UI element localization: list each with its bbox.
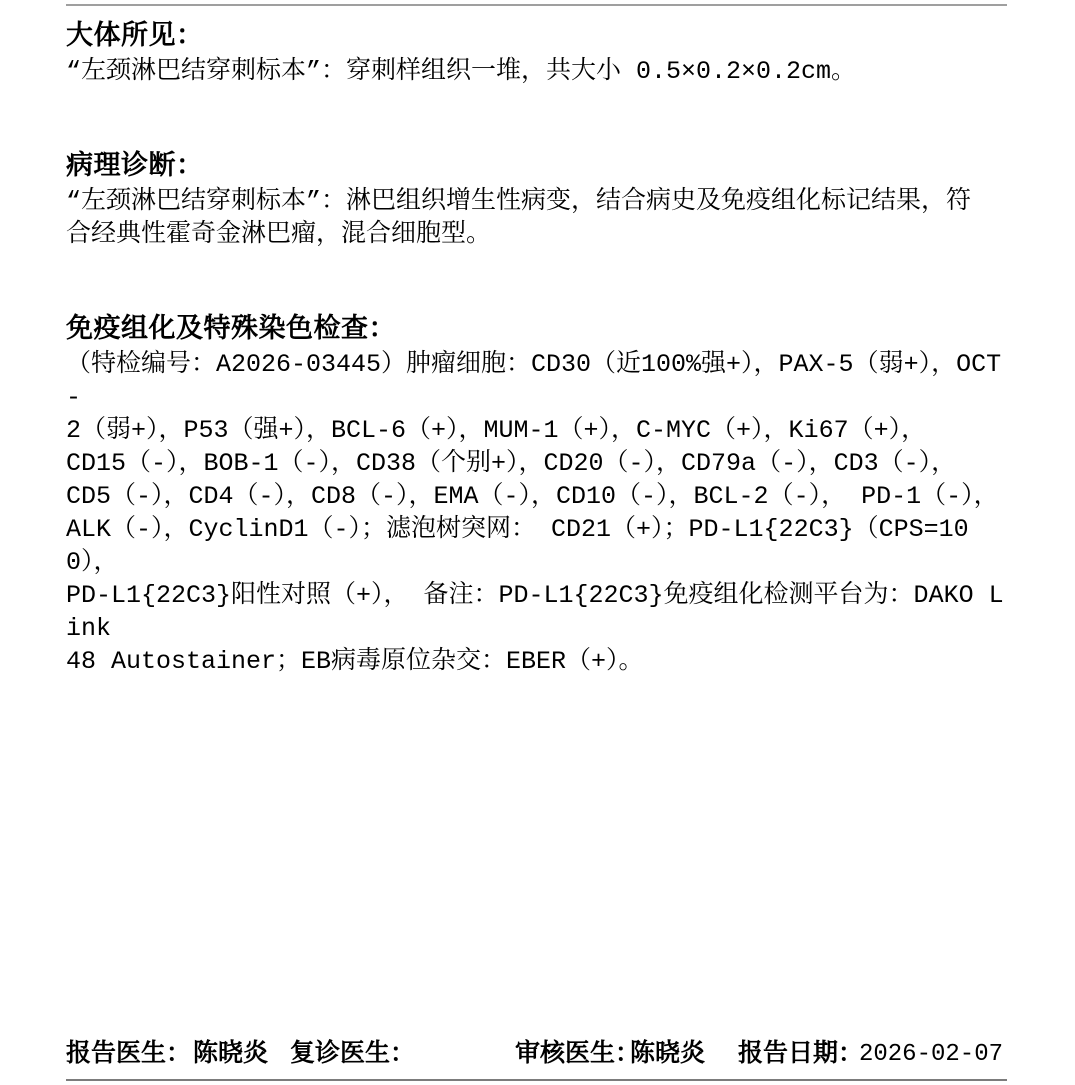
report-date-value: 2026-02-07 <box>859 1038 1003 1071</box>
report-doctor-name: 陈晓炎 <box>193 1038 268 1071</box>
audit-doctor-label: 审核医生： <box>515 1038 640 1071</box>
report-doctor-label: 报告医生： <box>66 1038 191 1071</box>
bottom-divider <box>66 1079 1007 1081</box>
gross-findings-heading: 大体所见： <box>66 22 1007 55</box>
gross-findings-section: 大体所见： “左颈淋巴结穿刺标本”：穿刺样组织一堆，共大小 0.5×0.2×0.… <box>66 22 1007 88</box>
pathologic-diagnosis-section: 病理诊断： “左颈淋巴结穿刺标本”：淋巴组织增生性病变，结合病史及免疫组化标记结… <box>66 152 1007 251</box>
pathologic-diagnosis-heading: 病理诊断： <box>66 152 1007 185</box>
review-doctor-label: 复诊医生： <box>290 1038 415 1071</box>
report-footer: 报告医生： 陈晓炎 复诊医生： 审核医生： 陈晓炎 报告日期： 2026-02-… <box>0 1038 1075 1074</box>
ihc-special-stain-heading: 免疫组化及特殊染色检查： <box>66 315 1007 348</box>
report-content: 大体所见： “左颈淋巴结穿刺标本”：穿刺样组织一堆，共大小 0.5×0.2×0.… <box>66 6 1007 678</box>
report-date-label: 报告日期： <box>738 1038 863 1071</box>
ihc-special-stain-body: （特检编号：A2026-03445）肿瘤细胞：CD30（近100%强+），PAX… <box>66 348 1007 678</box>
audit-doctor-name: 陈晓炎 <box>630 1038 705 1071</box>
pathology-report-page: 大体所见： “左颈淋巴结穿刺标本”：穿刺样组织一堆，共大小 0.5×0.2×0.… <box>0 0 1075 1085</box>
gross-findings-body: “左颈淋巴结穿刺标本”：穿刺样组织一堆，共大小 0.5×0.2×0.2cm。 <box>66 55 1007 88</box>
pathologic-diagnosis-body: “左颈淋巴结穿刺标本”：淋巴组织增生性病变，结合病史及免疫组化标记结果，符 合经… <box>66 185 1007 251</box>
ihc-special-stain-section: 免疫组化及特殊染色检查： （特检编号：A2026-03445）肿瘤细胞：CD30… <box>66 315 1007 678</box>
